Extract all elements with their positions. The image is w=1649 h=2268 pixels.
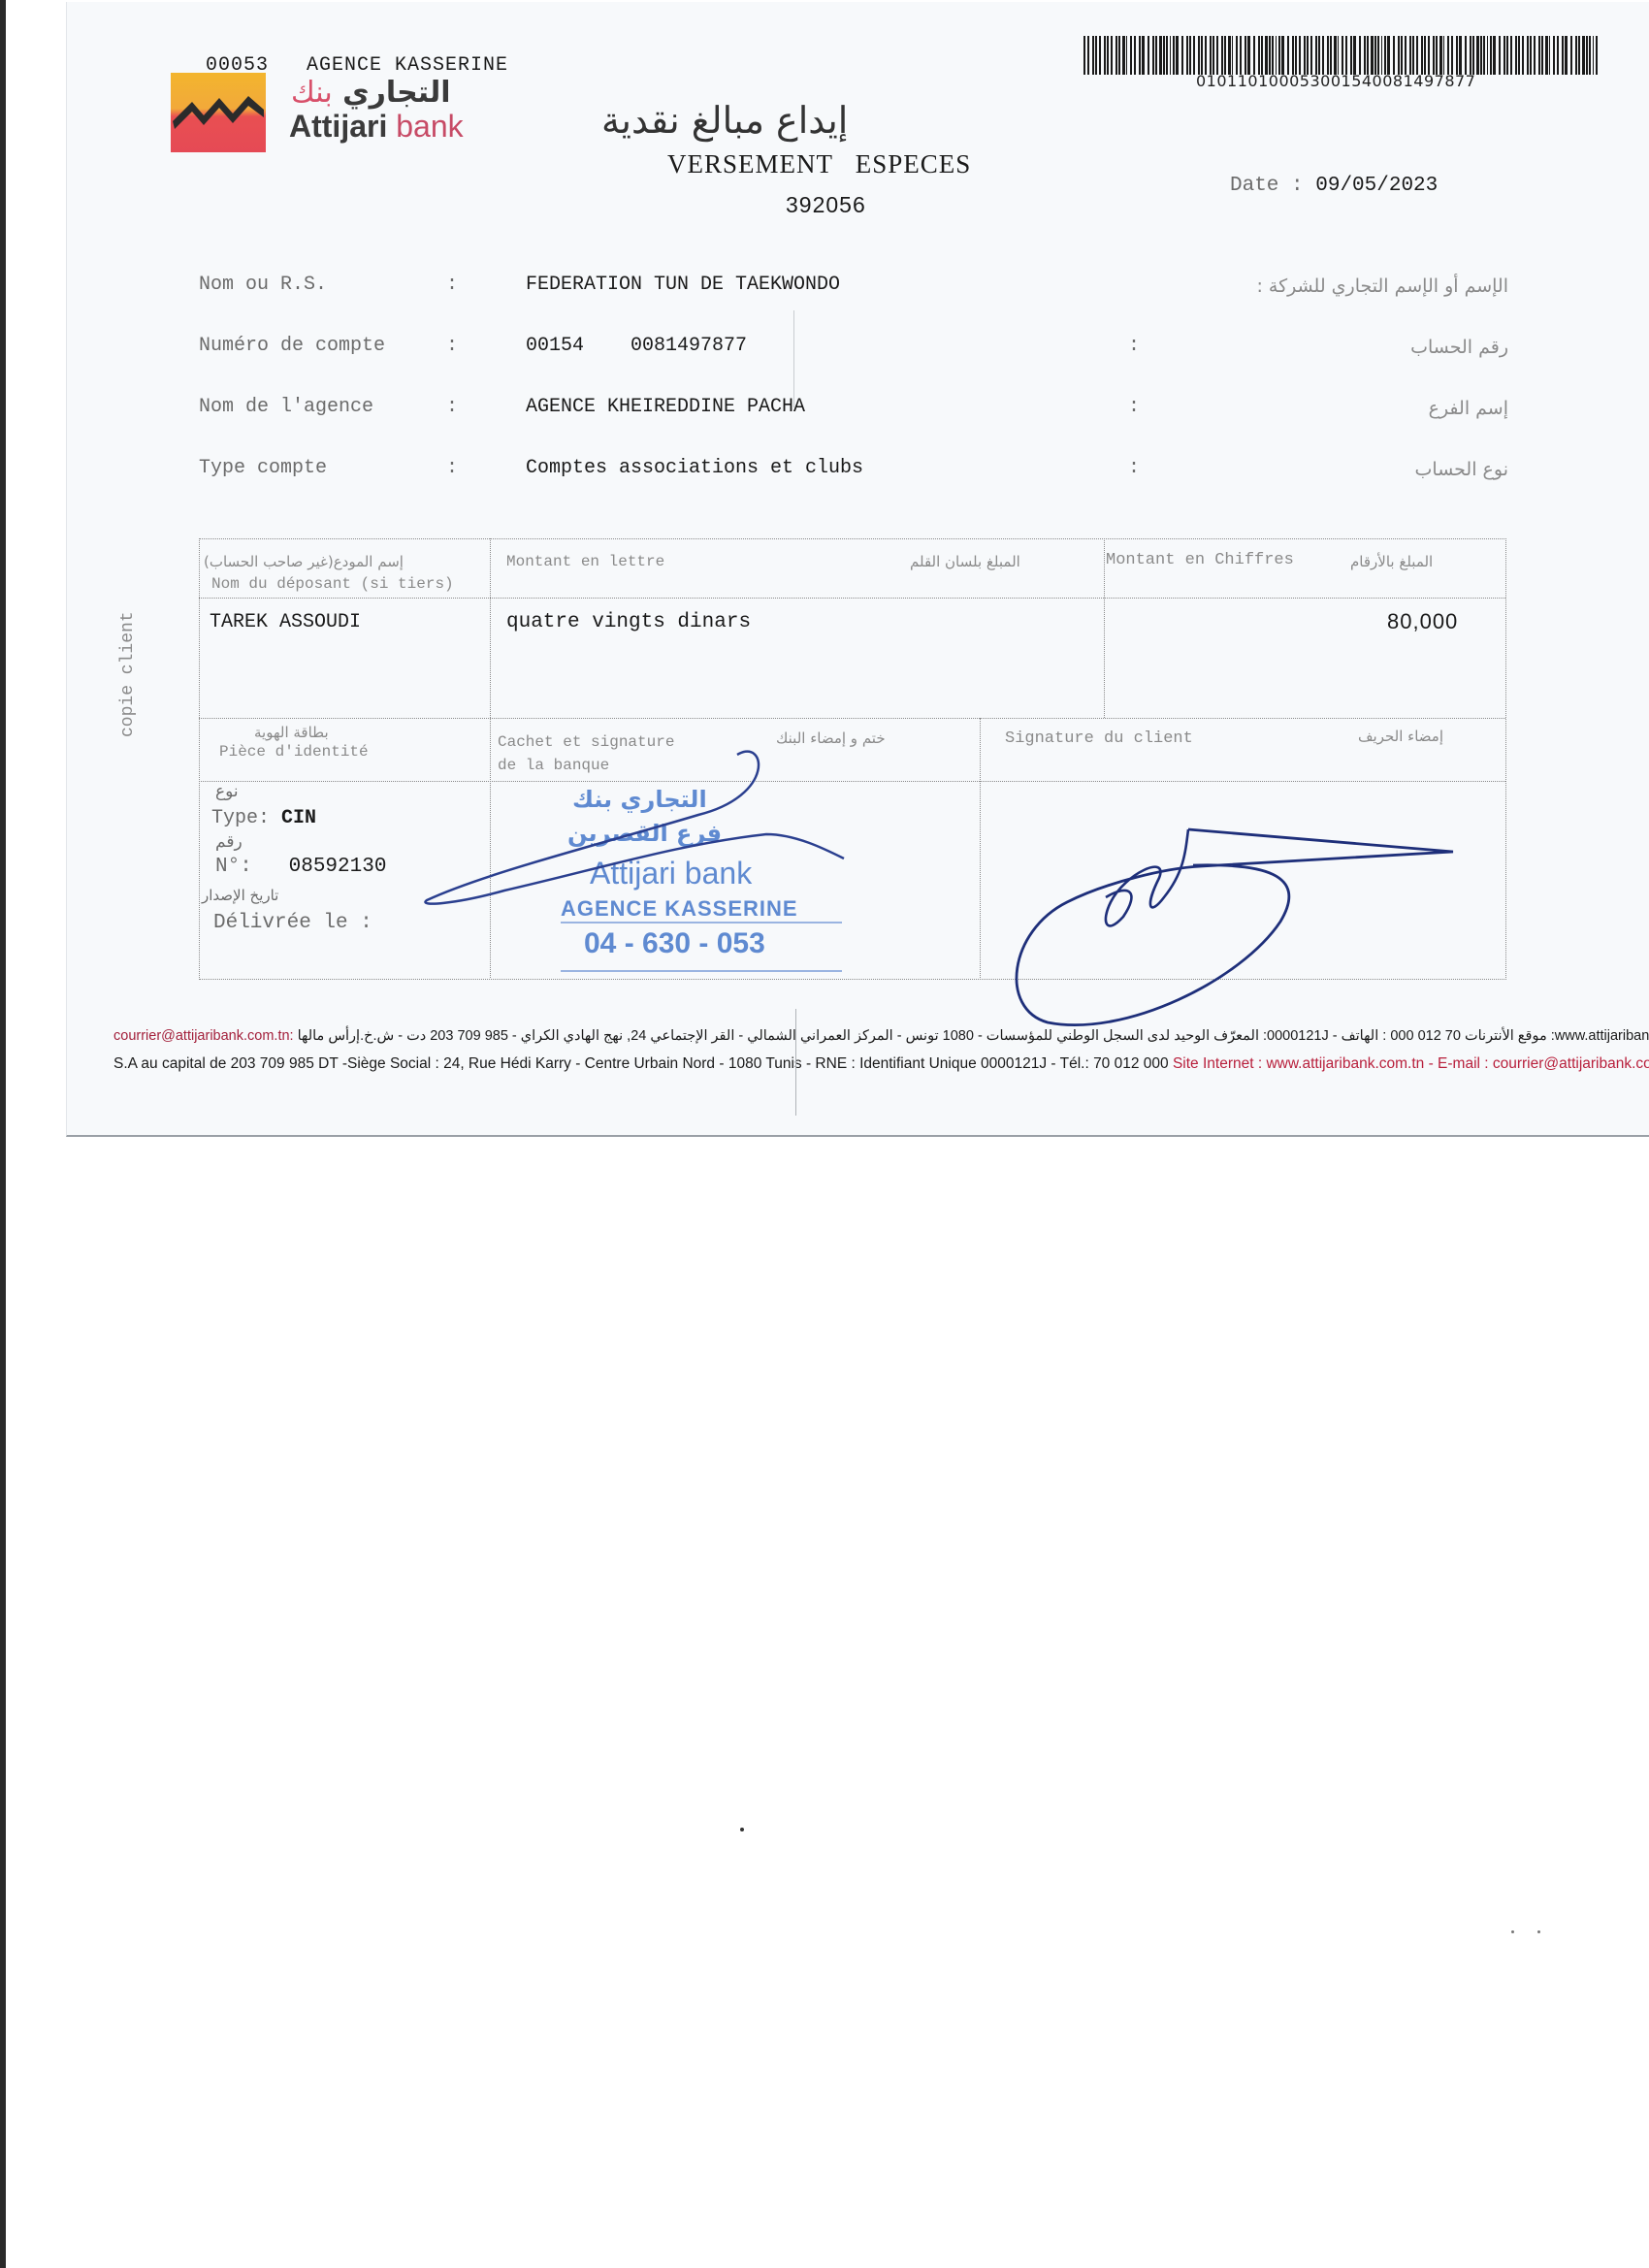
scan-speck (740, 1828, 744, 1831)
scan-speck (1537, 1930, 1540, 1933)
scan-speck (1511, 1930, 1514, 1933)
footer-line-1: courrier@attijaribank.com.tn: البريد الإ… (113, 1028, 1649, 1044)
handwritten-signatures (0, 0, 1649, 1067)
fold-line (795, 1009, 796, 1116)
footer-line-2: S.A au capital de 203 709 985 DT -Siège … (113, 1055, 1649, 1073)
copy-label: copie client (118, 611, 138, 737)
